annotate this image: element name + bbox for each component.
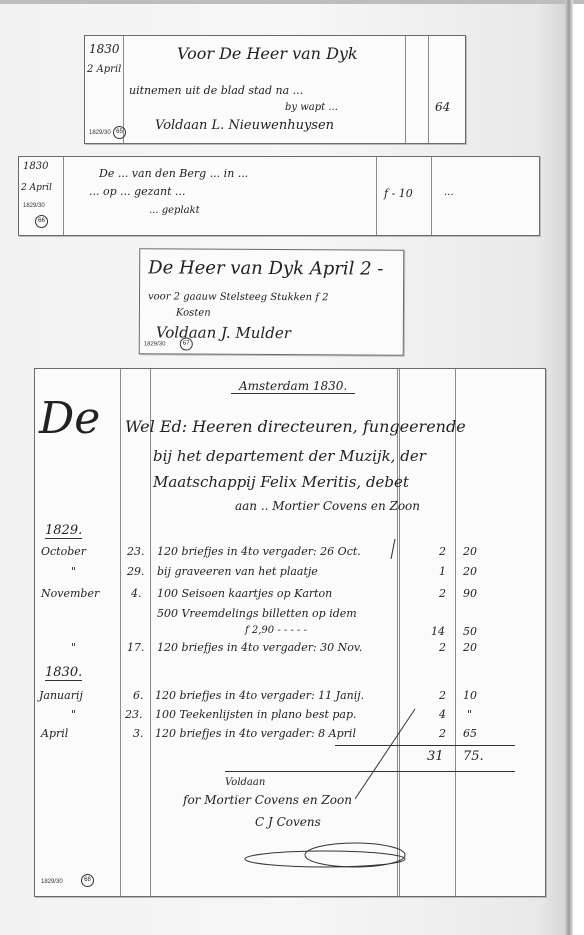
receipt-amount: 64 [435,100,450,114]
receipt-amount-note: ... [444,187,454,198]
invoice-entry: " 29. bij graveeren van het plaatje 1 20 [35,565,545,585]
year-1829: 1829. [45,523,82,539]
addressee-line-3: Maatschappij Felix Meritis, debet [153,473,409,491]
receipt-65: 1830 2 April Voor De Heer van Dyk uitnem… [84,35,466,144]
invoice-entry: October 23. 120 briefjes in 4to vergader… [35,545,545,565]
invoice-68: Amsterdam 1830. De Wel Ed: Heeren direct… [34,368,546,897]
receipt-line-1: De Heer van Dyk April 2 - [148,257,383,279]
signature-line-3: C J Covens [255,815,321,829]
archive-number-stamp: 65 [113,126,126,139]
archive-number-stamp: 68 [81,874,94,887]
archive-number-stamp: 67 [180,338,193,351]
addressee-line-4: aan .. Mortier Covens en Zoon [235,499,420,513]
receipt-line-3: ... geplakt [149,205,200,216]
receipt-amount: f - 10 [384,187,413,200]
archive-number-stamp: 66 [35,215,48,228]
receipt-date: 2 April [87,64,121,75]
receipt-line-1: Voor De Heer van Dyk [177,44,358,63]
receipt-67: De Heer van Dyk April 2 - voor 2 gaauw S… [139,248,405,355]
column-rule [431,157,432,235]
archive-reference: 1829/30 [41,879,63,885]
scan-top-edge [0,0,584,4]
receipt-66: 1830 2 April De ... van den Berg ... in … [18,156,540,236]
place-date: Amsterdam 1830. [231,379,355,394]
archive-reference: 1829/30 [144,341,166,347]
column-rule [63,157,64,235]
invoice-entry: November 4. 100 Seisoen kaartjes op Kart… [35,587,545,607]
receipt-signature: Voldaan J. Mulder [156,323,291,342]
invoice-entry: " 23. 100 Teekenlijsten in plano best pa… [35,708,545,728]
salutation-initial: De [39,393,100,444]
invoice-entry: Januarij 6. 120 briefjes in 4to vergader… [35,689,545,709]
receipt-line-2: voor 2 gaauw Stelsteeg Stukken f 2 [148,291,329,303]
total-cents: 75. [463,749,484,764]
receipt-year: 1830 [23,161,48,172]
archive-reference: 1829/30 [89,130,111,136]
year-1830: 1830. [45,665,82,681]
invoice-entry: 500 Vreemdelings billetten op idem [35,607,545,627]
addressee-line-1: Wel Ed: Heeren directeuren, fungeerende [125,417,466,436]
archive-reference: 1829/30 [23,203,45,209]
addressee-line-2: bij het departement der Muzijk, der [153,447,426,465]
receipt-signature: Voldaan L. Nieuwenhuysen [155,118,334,133]
signature-line-2: for Mortier Covens en Zoon [183,793,352,807]
receipt-line-2: ... op ... gezant ... [89,185,186,198]
receipt-line-1: De ... van den Berg ... in ... [99,167,248,180]
signature-flourish [235,839,415,879]
signature-line-1: Voldaan [225,777,265,788]
invoice-entry: " 17. 120 briefjes in 4to vergader: 30 N… [35,641,545,661]
scan-right-edge [565,0,573,935]
column-rule [428,36,429,143]
cancellation-stroke [355,519,435,799]
receipt-line-3: by wapt ... [285,102,338,113]
column-rule [405,36,406,143]
receipt-year: 1830 [89,42,120,56]
invoice-entry: April 3. 120 briefjes in 4to vergader: 8… [35,727,545,747]
receipt-line-2: uitnemen uit de blad stad na ... [129,84,303,97]
column-rule [376,157,377,235]
receipt-line-3: Kosten [176,307,211,318]
receipt-date: 2 April [21,183,52,193]
